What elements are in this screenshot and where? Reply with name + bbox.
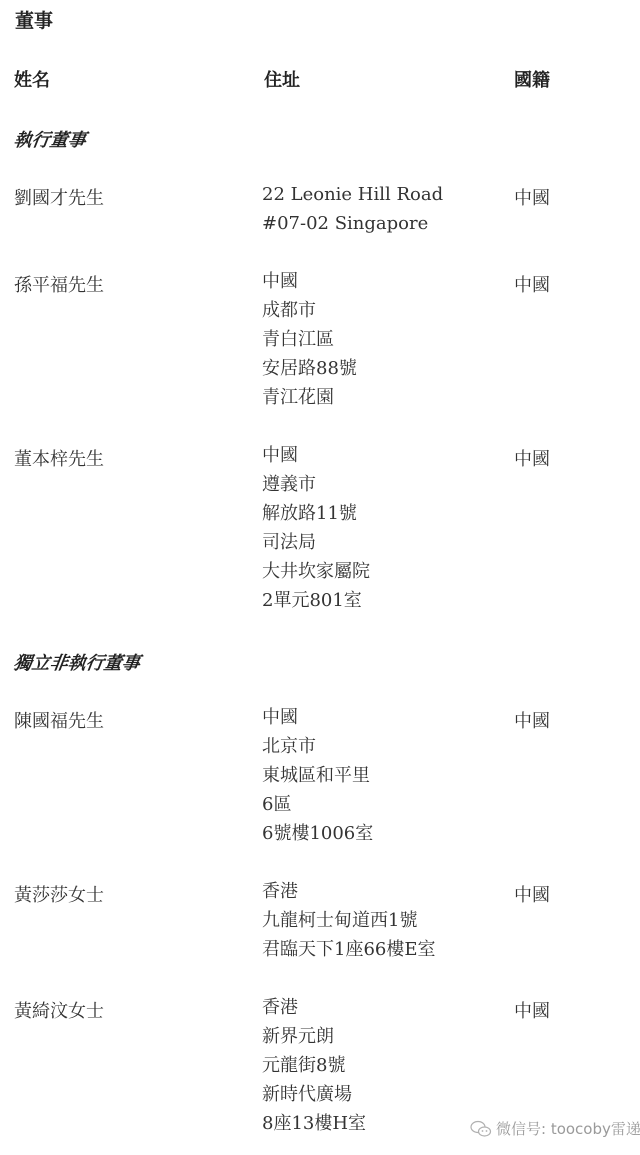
director-address: 中國 北京市 東城區和平里 6區 6號樓1006室 bbox=[262, 703, 373, 848]
page-title: 董事 bbox=[15, 6, 53, 33]
address-line: 解放路11號 bbox=[262, 499, 370, 528]
director-address: 中國 遵義市 解放路11號 司法局 大井坎家屬院 2單元801室 bbox=[262, 441, 370, 615]
column-header-name: 姓名 bbox=[14, 66, 50, 92]
address-line: 中國 bbox=[262, 267, 357, 296]
director-nationality: 中國 bbox=[514, 445, 550, 471]
address-line: 中國 bbox=[262, 703, 373, 732]
director-name: 陳國福先生 bbox=[14, 707, 104, 733]
address-line: 安居路88號 bbox=[262, 354, 357, 383]
director-name: 劉國才先生 bbox=[14, 184, 104, 210]
address-line: 新時代廣場 bbox=[262, 1080, 366, 1109]
address-line: 司法局 bbox=[262, 528, 370, 557]
director-nationality: 中國 bbox=[514, 184, 550, 210]
section-label-executive: 執行董事 bbox=[12, 126, 88, 152]
address-line: 九龍柯士甸道西1號 bbox=[262, 906, 436, 935]
address-line: 8座13樓H室 bbox=[262, 1109, 366, 1138]
address-line: 東城區和平里 bbox=[262, 761, 373, 790]
address-line: 中國 bbox=[262, 441, 370, 470]
address-line: 元龍街8號 bbox=[262, 1051, 366, 1080]
watermark: 微信号: toocoby雷递 bbox=[470, 1118, 640, 1139]
address-line: 22 Leonie Hill Road bbox=[262, 180, 443, 209]
director-nationality: 中國 bbox=[514, 271, 550, 297]
column-header-address: 住址 bbox=[264, 66, 300, 92]
director-name: 孫平福先生 bbox=[14, 271, 104, 297]
address-line: 新界元朗 bbox=[262, 1022, 366, 1051]
address-line: 香港 bbox=[262, 877, 436, 906]
address-line: #07-02 Singapore bbox=[262, 209, 443, 238]
address-line: 2單元801室 bbox=[262, 586, 370, 615]
address-line: 香港 bbox=[262, 993, 366, 1022]
director-name: 董本梓先生 bbox=[14, 445, 104, 471]
address-line: 遵義市 bbox=[262, 470, 370, 499]
address-line: 大井坎家屬院 bbox=[262, 557, 370, 586]
address-line: 6區 bbox=[262, 790, 373, 819]
address-line: 青白江區 bbox=[262, 325, 357, 354]
address-line: 青江花園 bbox=[262, 383, 357, 412]
director-address: 22 Leonie Hill Road #07-02 Singapore bbox=[262, 180, 443, 238]
director-address: 中國 成都市 青白江區 安居路88號 青江花園 bbox=[262, 267, 357, 412]
director-nationality: 中國 bbox=[514, 997, 550, 1023]
column-header-nationality: 國籍 bbox=[514, 66, 550, 92]
address-line: 6號樓1006室 bbox=[262, 819, 373, 848]
director-address: 香港 新界元朗 元龍街8號 新時代廣場 8座13樓H室 bbox=[262, 993, 366, 1138]
address-line: 君臨天下1座66樓E室 bbox=[262, 935, 436, 964]
director-address: 香港 九龍柯士甸道西1號 君臨天下1座66樓E室 bbox=[262, 877, 436, 964]
section-label-independent-non-executive: 獨立非執行董事 bbox=[12, 649, 142, 675]
address-line: 北京市 bbox=[262, 732, 373, 761]
director-name: 黃莎莎女士 bbox=[14, 881, 104, 907]
watermark-text: 微信号: toocoby雷递 bbox=[496, 1118, 640, 1139]
address-line: 成都市 bbox=[262, 296, 357, 325]
wechat-icon bbox=[470, 1120, 492, 1138]
director-nationality: 中國 bbox=[514, 881, 550, 907]
director-nationality: 中國 bbox=[514, 707, 550, 733]
director-name: 黃綺汶女士 bbox=[14, 997, 104, 1023]
